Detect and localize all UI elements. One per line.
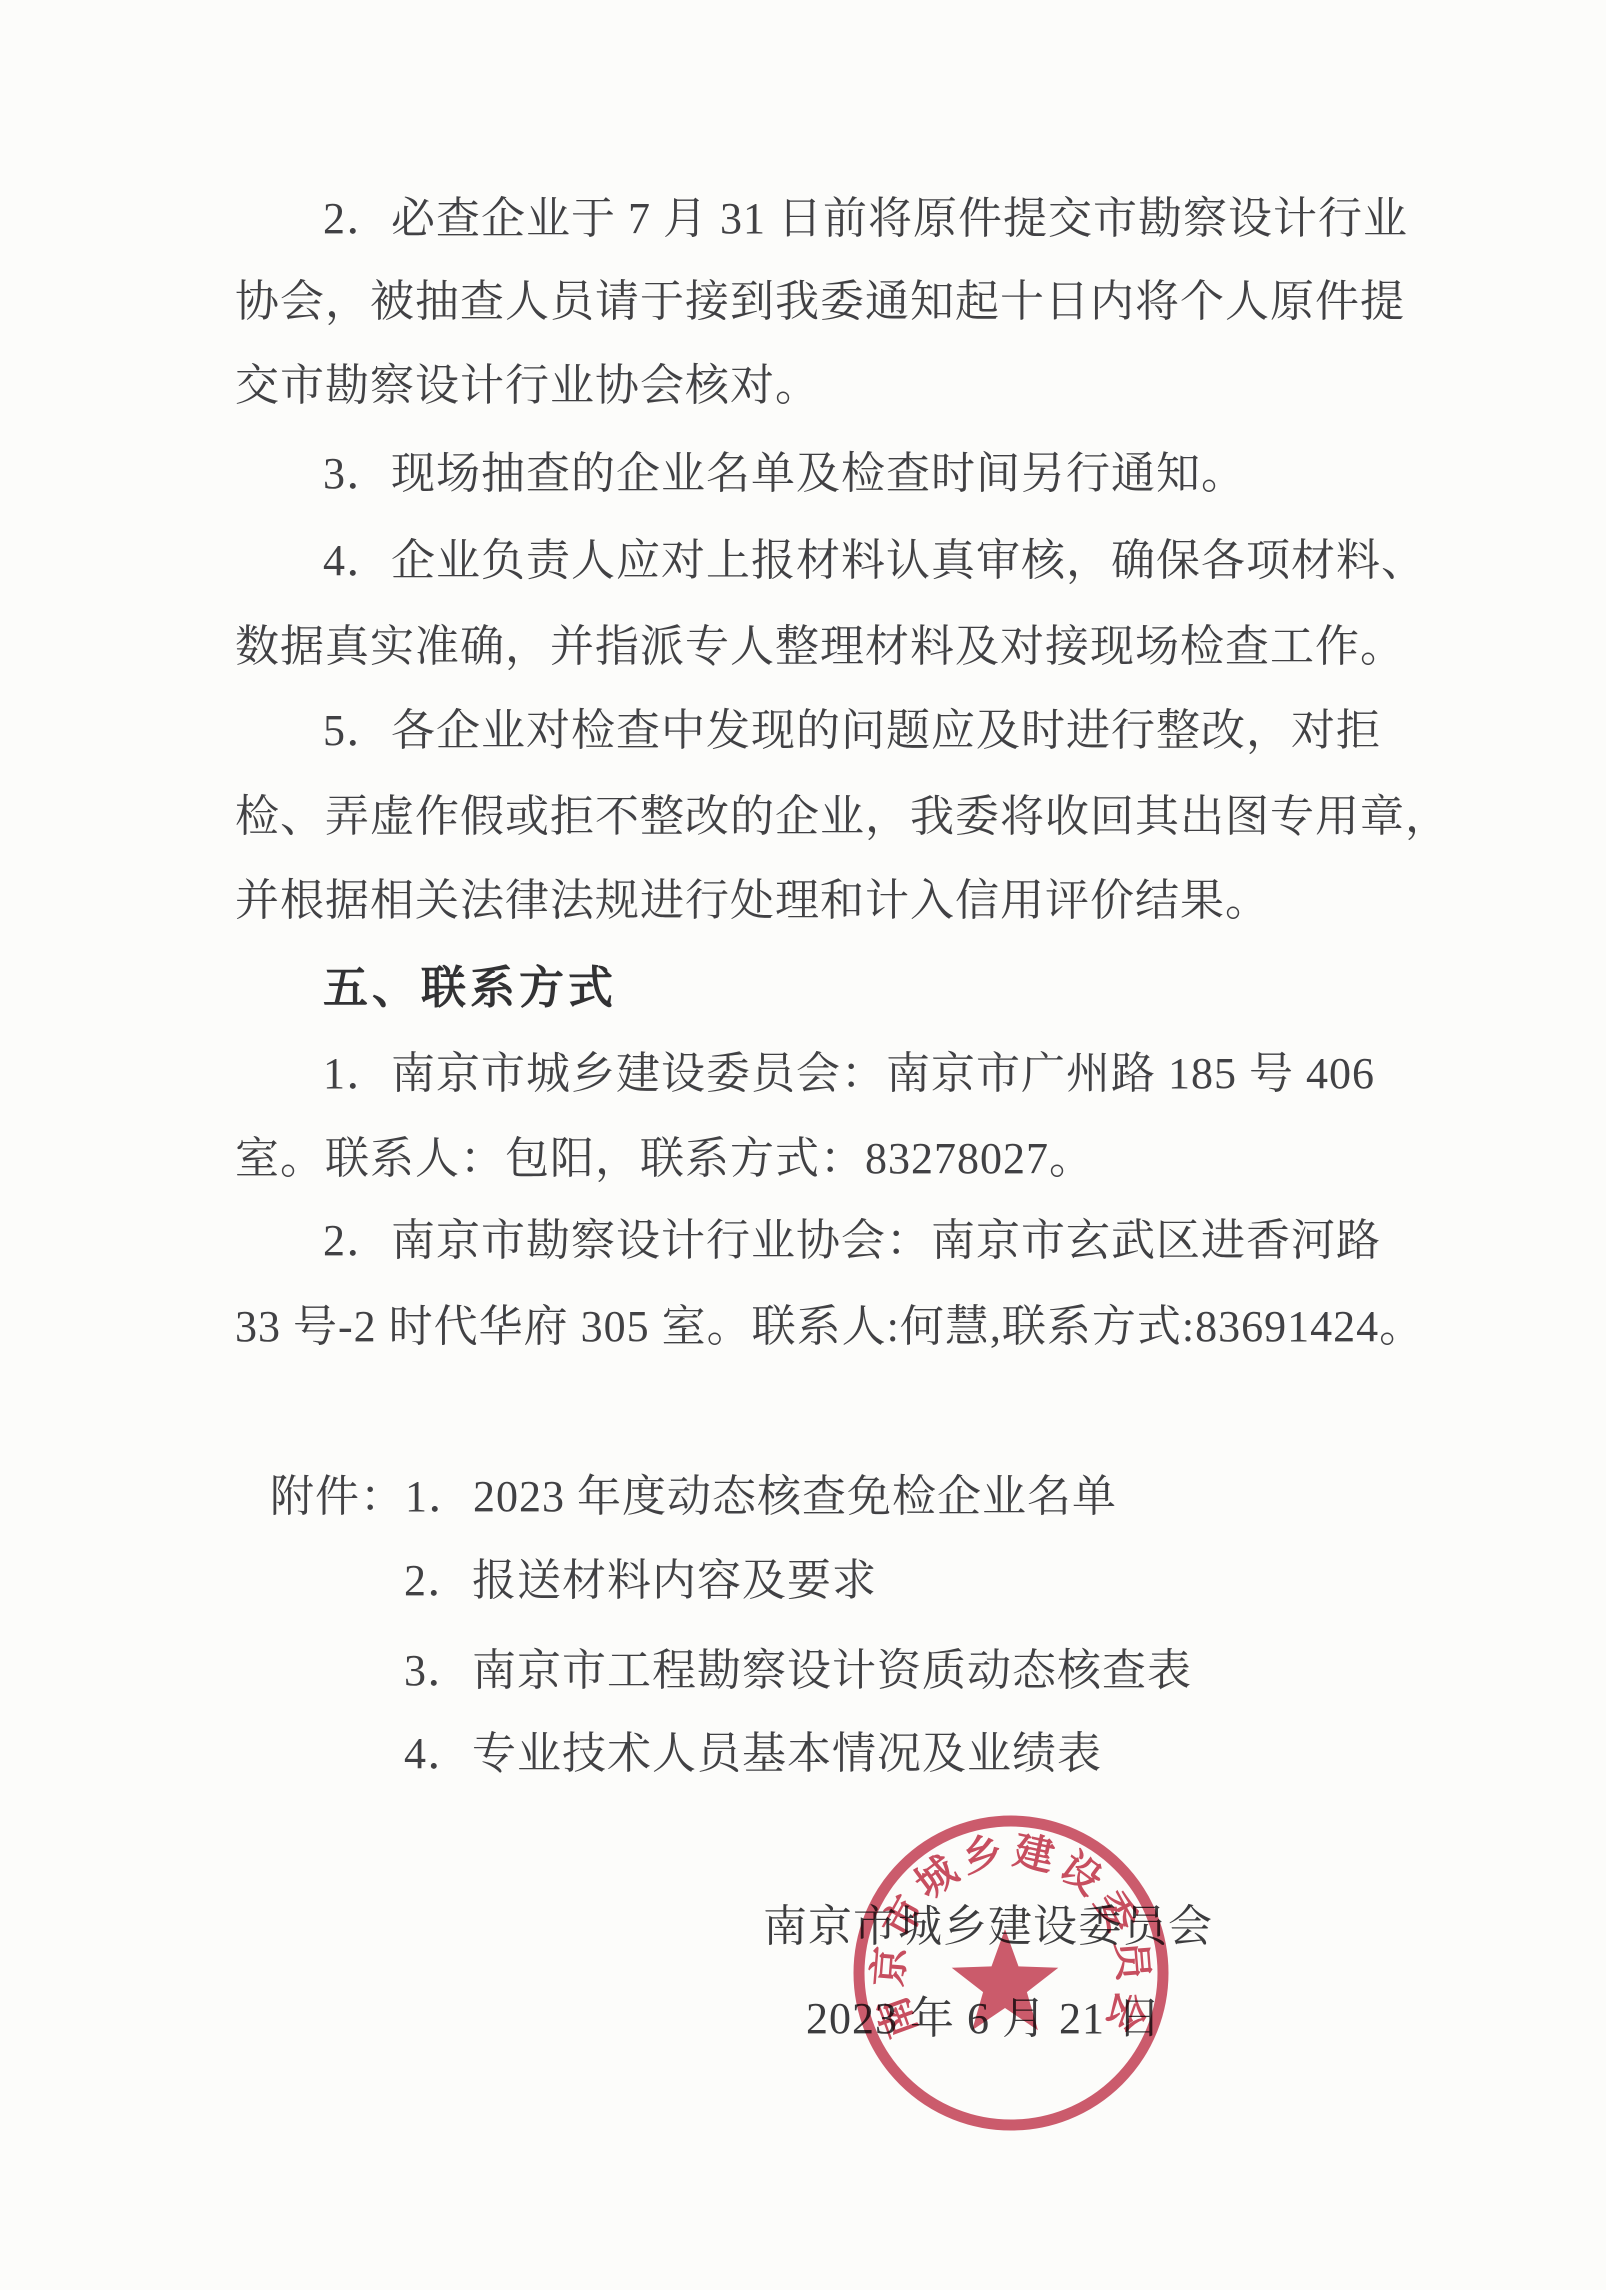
section5-heading: 五、联系方式 bbox=[323, 963, 617, 1013]
attachments-line1: 附件：1．2023 年度动态核查免检企业名单 bbox=[270, 1473, 1117, 1521]
notice-item5-line3: 并根据相关法律法规进行处理和计入信用评价结果。 bbox=[235, 877, 1270, 925]
attachment-item-3: 3．南京市工程勘察设计资质动态核查表 bbox=[404, 1647, 1192, 1695]
notice-item4-line1: 4．企业负责人应对上报材料认真审核，确保各项材料、 bbox=[323, 537, 1426, 585]
official-seal: 南京市城乡建设委员会 bbox=[844, 1806, 1178, 2140]
contact2-line2: 33 号-2 时代华府 305 室。联系人:何慧,联系方式:83691424。 bbox=[235, 1303, 1424, 1351]
attachment-item-2: 2．报送材料内容及要求 bbox=[404, 1557, 877, 1605]
notice-item4-line2: 数据真实准确，并指派专人整理材料及对接现场检查工作。 bbox=[235, 623, 1405, 671]
contact1-line1: 1．南京市城乡建设委员会：南京市广州路 185 号 406 bbox=[323, 1050, 1375, 1098]
notice-item2-line3: 交市勘察设计行业协会核对。 bbox=[235, 362, 820, 410]
attachment-item-4: 4．专业技术人员基本情况及业绩表 bbox=[404, 1730, 1102, 1778]
notice-item5-line2: 检、弄虚作假或拒不整改的企业，我委将收回其出图专用章， bbox=[235, 793, 1450, 841]
contact1-line2: 室。联系人：包阳，联系方式：83278027。 bbox=[235, 1135, 1094, 1183]
notice-item2-line2: 协会，被抽查人员请于接到我委通知起十日内将个人原件提 bbox=[235, 278, 1405, 326]
star-icon bbox=[952, 1929, 1059, 2030]
document-page: 2．必查企业于 7 月 31 日前将原件提交市勘察设计行业 协会，被抽查人员请于… bbox=[0, 0, 1606, 2290]
attachment-item-1: 1．2023 年度动态核查免检企业名单 bbox=[405, 1472, 1117, 1521]
notice-item5-line1: 5．各企业对检查中发现的问题应及时进行整改，对拒 bbox=[323, 707, 1381, 755]
contact2-line1: 2．南京市勘察设计行业协会：南京市玄武区进香河路 bbox=[323, 1217, 1381, 1265]
notice-item2-line1: 2．必查企业于 7 月 31 日前将原件提交市勘察设计行业 bbox=[323, 195, 1408, 243]
notice-item3-line1: 3．现场抽查的企业名单及检查时间另行通知。 bbox=[323, 450, 1246, 498]
attachments-label: 附件： bbox=[270, 1472, 405, 1521]
